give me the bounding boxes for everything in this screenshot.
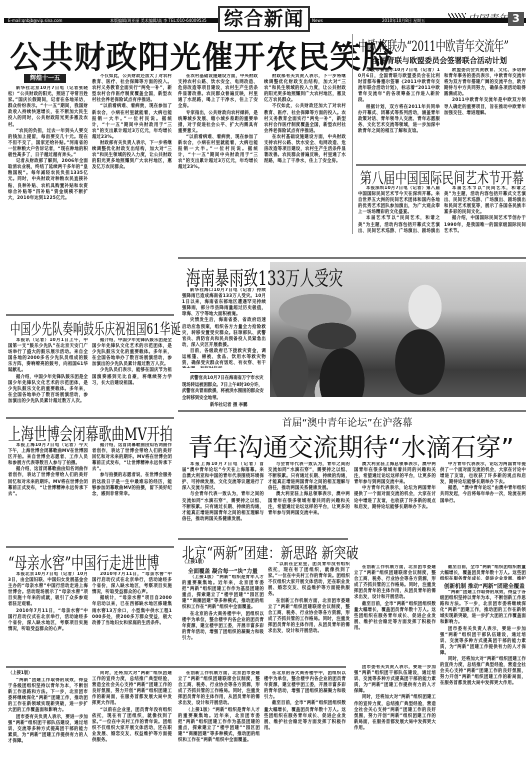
paragraph: “农民的负担，过去一年到头人要交的钱加上提留，每亩要交几十元。现在不但不交了，国… [8,129,88,159]
macau-forum-body-col3: 澳大利亚驻上海总领事表示，澳中两国青年在很多领域有着共同的兴趣和关注，希望通过论… [354,462,436,562]
paragraph: 根据计划，双方将在2011年共同举办开幕式、闭幕式等系列活动，涵盖青年政策对话、… [358,105,440,135]
folk-art-body-col2: 本届艺术节以“民间艺术，和谐之美”为主题，活动内容包括开幕式文艺演出、民间艺术巡… [444,186,526,234]
bottom-body-col2: 同时，还将加大对“两新”组织团建工作的宣传力度，总结推广典型经验，营造全社会关心… [92,671,172,756]
china-europe-subheadline: 全国青联与欧盟委员会签署联合活动计划 [372,55,507,66]
paragraph: （上接1版）“两新”组织是青年人才的重要聚集地。近年来，北京团市委把“两新”组织… [182,575,264,612]
paragraph: 参与拍摄的志愿者说，在世博会服务的这段日子是一生中最难忘的经历，能够参加闭幕歌曲… [92,473,172,497]
macau-forum-body-col4: 中方青年代表表示，论坛为两国青年提供了一个面对面交流的机会，大家在讨论中增进了友… [440,462,526,562]
paragraph: 在创新工作机制方面，北京团市委建立了“两新”组织团建联席会议制度，整合工商、税务… [178,671,260,708]
beijing-subtitle-2: 创新机制 推动“两新”团建全覆盖 [444,582,525,590]
paragraph: 团市委有关负责人表示，要进一步加强“两新”组织团干部队伍建设，通过培训、交流等多… [354,665,436,695]
paragraph: 专家指出，公共财政向农村倾斜，是统筹城乡发展、缩小城乡差距的重要举措，对于促进社… [178,111,258,135]
mother-water-body-col2: 2010年7月11日，“母亲水窖”中国行启动仪式在北京举行，活动途经多个省份，深… [92,572,172,662]
paragraph: 本届艺术节以“民间艺术，和谐之美”为主题，活动内容包括开幕式文艺演出、民间艺术巡… [358,216,440,234]
photo-caption: 武警官兵10月7日在海南省万宁市水灾现场转运被困群众。7日上午8时30分许，武警… [182,376,266,402]
paragraph: 2010年7月11日，“母亲水窖”中国行启动仪式在北京举行，活动途经多个省份，深… [92,572,172,596]
paragraph: 据介绍，中国少年先锋队鼓乐团是全国少年先锋队文化艺术的示范团体，是少先队鼓乐文化… [92,338,172,368]
paragraph: 据统计，“母亲水窖”项目自2000年启动以来，已在西部缺水地区修建集雨水窖13万… [92,596,172,626]
section-title: 综合新闻 [218,6,310,32]
china-europe-headline: 中欧将联办“2011中欧青年交流年” [358,36,508,56]
paragraph: 新华社北京10月7日电（记者张晓松）“公共财政的阳光，照进了寻常百姓家。”国庆长… [8,86,88,129]
mother-water-headline: “母亲水窖”中国行走进世博 [8,549,159,574]
bottom-body-col5: 团市委有关负责人表示，要进一步加强“两新”组织团干部队伍建设，通过培训、交流等多… [354,665,436,755]
paragraph: 同时，还将加大对“两新”组织团建工作的宣传力度，总结推广典型经验，营造全社会关心… [440,657,526,687]
paragraph: 中方青年代表表示，论坛为两国青年提供了一个面对面交流的机会，大家在讨论中增进了友… [354,486,436,510]
page-number: 3 [508,12,524,26]
decorative-stripes-icon [448,13,466,20]
paragraph: 欧盟委员会负责教育、文化、多语种和青年事务的委员表示，中欧青年交流年将为双方青年… [444,68,526,98]
masthead-date: 2010年10月8日 星期五 [382,17,425,24]
paragraph: 据介绍，这首闭幕歌曲由知名词曲作者创作，表达了世博会带给人们的美好回忆和对未来的… [92,443,172,473]
paragraph: 在农村基础设施建设方面，中央财政支持农村公路、饮水安全、电网改造、危房改造等项目… [264,135,346,165]
beijing-continued-label: （上接1版） [182,560,206,567]
young-pioneers-body-col1: 本报讯（记者）10月1日上午，中国第一支“鼓乐少先队”在北京天安门广场举行了盛大… [8,338,88,416]
beijing-body-col4: “两新”团建工作取得的成效，得益于各级团组织坚持以青年为本，不断创新工作思路和方… [440,590,526,755]
macau-forum-kicker: 首届“澳中青年论坛”在沪落幕 [282,414,412,429]
finance-body-col4: 财政部有关负责人表示，下一步将继续调整优化财政支出结构，加大对“三农”和民生领域… [264,74,346,234]
china-europe-body-col1: 本报布鲁塞尔10月7日电（记者）10月6日，全国青联与欧盟委员会在比利时首都布鲁… [358,68,440,162]
paragraph: 与会青年代表一致认为，青年之间的交流如同“水滴石穿”，需要持之以恒、不断积累。只… [182,492,264,522]
section-divider [6,666,346,668]
paragraph: 据介绍，中国少年先锋队鼓乐团是全国少年先锋队文化艺术的示范团体，是少先队鼓乐文化… [8,375,88,405]
paragraph: 在北京的各大商务楼宇中，团组织以楼宇为单位，整合楼宇内各企业的团员青年资源，建立… [182,612,264,642]
paragraph: 截至目前，全市“两新”组织团组织数量大幅增长，覆盖团员青年数十万人。这些团组织在… [354,602,436,632]
paragraph: “以前看病难、看病贵，现在参加了新农合，小病在村里就能看，大病也能报销一大半。”… [92,104,172,141]
paragraph: “以前在企业里，团员青年没有组织依托，现在有了团组织，就像找到了家。”一位在中关… [92,708,172,745]
finance-column-tag: 辉煌十一五 [24,74,66,83]
column-divider [352,34,353,234]
macau-forum-body-col2: 与会青年代表一致认为，青年之间的交流如同“水滴石穿”，需要持之以恒、不断积累。只… [268,462,350,532]
paragraph: “以前在企业里，团员青年没有组织依托，现在有了团组织，就像找到了家。”一位在中关… [268,562,350,599]
paragraph: 同时，还将加大对“两新”组织团建工作的宣传力度，总结推广典型经验，营造全社会关心… [354,695,436,732]
paragraph: 与会青年代表一致认为，青年之间的交流如同“水滴石穿”，需要持之以恒、不断积累。只… [268,462,350,492]
paragraph: 同时，还将加大对“两新”组织团建工作的宣传力度，总结推广典型经验，营造全社会关心… [92,671,172,708]
paragraph: 本报深圳10月7日电（记者）第八届中国国际民间艺术节今天在深圳开幕。来自世界五大… [358,186,440,216]
masthead-email: E-mail:qnbjb@vip.sina.com [8,17,62,24]
finance-body-col2: 不仅如此，公共财政还加大了对农村教育、医疗、社会保障等方面的投入。农村义务教育全… [92,74,172,290]
paragraph: 新华社海口10月7日电（记者）持续强降雨已造成海南省133万人受灾。10月1日以… [182,288,266,318]
photo-credit: 新华社记者 摄 李鹏 [210,403,247,410]
paragraph: “两新”团建工作取得的成效，得益于各级团组织坚持以青年为本，不断创新工作思路和方… [8,678,88,715]
paragraph: 中方青年代表表示，论坛为两国青年提供了一个面对面交流的机会，大家在讨论中增进了友… [440,462,526,486]
paragraph: 团市委有关负责人表示，要进一步加强“两新”组织团干部队伍建设，通过培训、交流等多… [8,715,88,745]
paragraph: 在北京的各大商务楼宇中，团组织以楼宇为单位，整合楼宇内各企业的团员青年资源，建立… [264,671,346,701]
paragraph: 在创新工作机制方面，北京团市委建立了“两新”组织团建联席会议制度，整合工商、税务… [268,599,350,636]
paragraph: 本报讯（记者）10月1日上午，中国第一支“鼓乐少先队”在北京天安门广场举行了盛大… [8,338,88,375]
paragraph: 在创新工作机制方面，北京团市委建立了“两新”组织团建联席会议制度，整合工商、税务… [354,565,436,602]
paragraph: “以前看病难、看病贵，现在参加了新农合，小病在村里就能看，大病也能报销一大半。”… [178,135,258,172]
finance-body-col1: 新华社北京10月7日电（记者张晓松）“公共财政的阳光，照进了寻常百姓家。”国庆长… [8,86,88,290]
paragraph: 据介绍，中国国际民间艺术节创办于1990年，是我国唯一的国家级国际民间艺术节。 [444,216,526,234]
paragraph: 截至目前，全市“两新”组织团组织数量大幅增长，覆盖团员青年数十万人。这些团组织在… [440,565,526,580]
finance-body-col3: 在农村基础设施建设方面，中央财政支持农村公路、饮水安全、电网改造、危房改造等项目… [178,74,258,234]
paragraph: 本报布鲁塞尔10月7日电（记者）10月6日，全国青联与欧盟委员会在比利时首都布鲁… [358,68,440,105]
section-divider [356,164,526,166]
macau-forum-headline: 青年沟通交流期待“水滴石穿” [188,428,514,464]
caption-divider [190,372,252,373]
beijing-continued-label-bottom: （上接1版） [8,671,32,678]
paragraph: 在农村基础设施建设方面，中央财政支持农村公路、饮水安全、电网改造、危房改造等项目… [178,74,258,111]
section-divider [6,314,174,316]
masthead-editor-info: 本版编辑/周亚丽 美术编辑/高 李 TEL:010-64009535 [110,17,207,24]
paragraph: 团市委有关负责人表示，要进一步加强“两新”组织团干部队伍建设，通过培训、交流等多… [440,627,526,657]
folk-art-body-col1: 本报深圳10月7日电（记者）第八届中国国际民间艺术节今天在深圳开幕。来自世界五大… [358,186,440,234]
paragraph: 本报上海10月7日电（记者）今天下午，上海世博会闭幕歌曲MV在世博园区开拍。来自… [8,443,88,467]
beijing-body-col2: “以前在企业里，团员青年没有组织依托，现在有了团组织，就像找到了家。”一位在中关… [268,562,350,662]
section-en-label: News [312,17,323,24]
china-europe-body-col2: 欧盟委员会负责教育、文化、多语种和青年事务的委员表示，中欧青年交流年将为双方青年… [444,68,526,162]
paragraph: 不仅如此，公共财政还加大了对农村教育、医疗、社会保障等方面的投入。农村义务教育全… [92,74,172,104]
paragraph: 不仅如此，公共财政还加大了对农村教育、医疗、社会保障等方面的投入。农村义务教育全… [264,104,346,134]
beijing-body-col3: 在创新工作机制方面，北京团市委建立了“两新”组织团建联席会议制度，整合工商、税务… [354,565,436,662]
paragraph: 截至目前，全市“两新”组织团组织数量大幅增长，覆盖团员青年数十万人。这些团组织在… [264,701,346,731]
paragraph: 澳大利亚驻上海总领事表示，澳中两国青年在很多领域有着共同的兴趣和关注，希望通过论… [354,462,436,486]
paragraph: 少先队员们表示，能够在国庆节为祖国演奏感到无比自豪，将继续努力学习，长大后建设祖… [92,368,172,386]
beijing-headline: 北京“两新”团建：新思路 新突破 [182,542,358,563]
section-divider [178,257,526,259]
mother-water-body-col1: 本报北京10月7日电（记者）10月3日，由全国妇联、中国妇女发展基金会主办的“母… [8,572,88,662]
paragraph: 财政部有关负责人表示，下一步将继续调整优化财政支出结构，加大对“三农”和民生领域… [264,74,346,104]
paragraph: “两新”团建工作取得的成效，得益于各级团组织坚持以青年为本，不断创新工作思路和方… [440,590,526,627]
folk-art-headline: 第八届中国国际民间艺术节开幕 [360,167,524,188]
paragraph: （上接1版）“两新”组织是青年人才的重要聚集地。近年来，北京团市委把“两新”组织… [178,708,260,745]
section-divider [178,410,526,412]
macau-forum-body-col1: 本报上海10月7日电（记者）首届“澳中青年论坛”今天在上海落幕。来自澳大利亚和中… [182,462,264,532]
paragraph: 目前，各级政府已下拨救灾资金，调运帐篷、棉被、食品、饮用水等救灾物资，确保受灾群… [182,349,266,368]
paragraph: 2010年7月11日，“母亲水窖”中国行启动仪式在北京举行，活动途经多个省份，深… [8,609,88,633]
paragraph: 本届艺术节以“民间艺术，和谐之美”为主题，活动内容包括开幕式文艺演出、民间艺术巡… [444,186,526,216]
bottom-body-col3: 在创新工作机制方面，北京团市委建立了“两新”组织团建联席会议制度，整合工商、税务… [178,671,260,756]
paragraph: 据悉，“澳中青年论坛”由澳中青年组织共同发起，今后将每年举办一次，轮流在两国举行… [440,486,526,504]
hainan-body: 新华社海口10月7日电（记者）持续强降雨已造成海南省133万人受灾。10月1日以… [182,288,266,368]
paragraph: 澳大利亚驻上海总领事表示，澳中两国青年在很多领域有着共同的兴趣和关注，希望通过论… [268,492,350,516]
beijing-body-col1: （上接1版）“两新”组织是青年人才的重要聚集地。近年来，北京团市委把“两新”组织… [182,575,264,663]
finance-headline: 公共财政阳光催开农民笑脸 [10,32,394,77]
beijing-body-col4-top: 截至目前，全市“两新”组织团组织数量大幅增长，覆盖团员青年数十万人。这些团组织在… [440,565,526,580]
paragraph: 记者从财政部了解到，2006年全面取消农业税，终结了延续两千多年的“皇粮国税”。… [8,159,88,202]
bottom-body-col1: “两新”团建工作取得的成效，得益于各级团组织坚持以青年为本，不断创新工作思路和方… [8,678,88,756]
paragraph: 据介绍，这首闭幕歌曲由知名词曲作者创作，表达了世博会带给人们的美好回忆和对未来的… [8,467,88,497]
section-divider [6,417,174,419]
paragraph: 财政部有关负责人表示，下一步将继续调整优化财政支出结构，加大对“三农”和民生领域… [92,141,172,171]
paragraph: 本报上海10月7日电（记者）首届“澳中青年论坛”今天在上海落幕。来自澳大利亚和中… [182,462,264,492]
section-divider [6,546,174,548]
paragraph: 灾情发生后，海南省委、省政府迅速启动应急预案，组织各方力量全力抢险救灾，转移安置… [182,318,266,348]
expo-mv-headline: 上海世博会闭幕歌曲MV开拍 [8,420,173,445]
young-pioneers-body-col2: 据介绍，中国少年先锋队鼓乐团是全国少年先锋队文化艺术的示范团体，是少先队鼓乐文化… [92,338,172,416]
expo-mv-body-col1: 本报上海10月7日电（记者）今天下午，上海世博会闭幕歌曲MV在世博园区开拍。来自… [8,443,88,541]
section-divider [178,538,348,540]
paragraph: 2011中欧青年交流年是中欧双方领导人确定的重要项目，旨在推动中欧青年加强交往、… [444,98,526,116]
beijing-subtitle-1: 全面覆盖 凝合每一“块”力量 [188,567,258,575]
hainan-headline: 海南暴雨致133万人受灾 [186,262,343,291]
expo-mv-body-col2: 据介绍，这首闭幕歌曲由知名词曲作者创作，表达了世博会带给人们的美好回忆和对未来的… [92,443,172,541]
paragraph: 本报北京10月7日电（记者）10月3日，由全国妇联、中国妇女发展基金会主办的“母… [8,572,88,609]
bottom-body-col4: 在北京的各大商务楼宇中，团组织以楼宇为单位，整合楼宇内各企业的团员青年资源，建立… [264,671,346,756]
young-pioneers-headline: 中国少先队奏响鼓乐庆祝祖国61华诞 [10,318,181,339]
